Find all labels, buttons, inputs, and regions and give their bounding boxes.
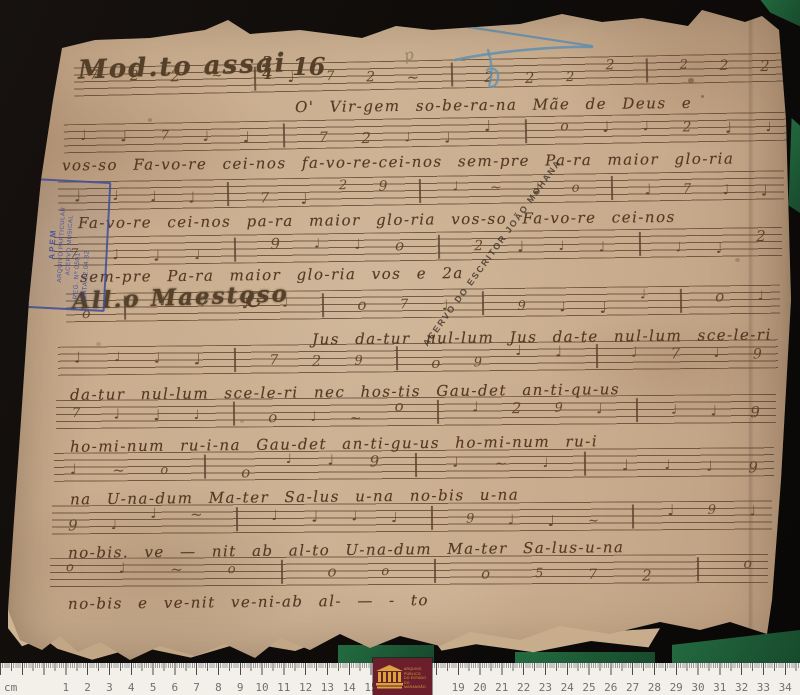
ruler-number: 33 [757, 681, 770, 694]
barline [437, 399, 439, 423]
cloth-bottom-center [515, 652, 655, 663]
barline [415, 452, 417, 476]
building-icon [376, 665, 403, 690]
ruler-number: 11 [277, 681, 290, 694]
barline [450, 62, 453, 86]
staff-line: ♩♩7♩♩72♩♩♩o♩♩2♩♩ [64, 112, 788, 154]
barline [204, 454, 206, 478]
ruler-number: 34 [779, 681, 792, 694]
ruler-number: 10 [255, 681, 268, 694]
barline [234, 347, 236, 371]
archive-registration-stamp: APEM ARQUIVO PARTICULAR ACERVO MUSICAL R… [27, 178, 112, 312]
logo-text-line: DO MARANHÃO [404, 681, 432, 690]
barline [584, 451, 586, 475]
barline [236, 507, 238, 531]
stain-spot [240, 420, 244, 423]
barline [419, 179, 421, 203]
ruler-number: 25 [582, 681, 595, 694]
ruler-number: 9 [237, 681, 244, 694]
barline [283, 123, 285, 147]
ruler-number: 28 [648, 681, 661, 694]
ruler-number: 30 [691, 681, 704, 694]
ruler-number: 1 [62, 681, 69, 694]
ruler-number: 23 [539, 681, 552, 694]
ruler-number: 14 [343, 681, 356, 694]
lyric-line: vos-so Fa-vo-re cei-nos fa-vo-re-cei-nos… [62, 149, 735, 174]
time-signature-mid: C [246, 288, 262, 312]
barline [233, 401, 235, 425]
stain-spot [688, 78, 694, 83]
barline [636, 398, 638, 422]
ruler-number: 26 [604, 681, 617, 694]
ruler-number: 21 [495, 681, 508, 694]
page-number: 3 [85, 17, 97, 36]
ruler-number: 5 [150, 681, 157, 694]
multimeasure-rest-count: 16 [292, 52, 325, 81]
ruler-number: 12 [299, 681, 312, 694]
ruler-number: 29 [670, 681, 683, 694]
barline [431, 505, 433, 529]
time-signature-top: 2 4 [262, 56, 272, 80]
staff-line: ♩♩♩♩7♩29♩~♩o♩7♩♩ [58, 170, 784, 210]
barline [696, 557, 698, 581]
barline [438, 234, 440, 258]
stain-spot [735, 258, 740, 262]
time-sig-lower: 4 [262, 68, 272, 80]
barline [434, 558, 436, 582]
barline [646, 58, 649, 82]
lyric-line: Fa-vo-re cei-nos pa-ra maior glo-ria vos… [78, 208, 676, 232]
ruler-number: 8 [215, 681, 222, 694]
barline [632, 504, 634, 528]
stain-spot [96, 342, 101, 346]
barline [226, 182, 228, 206]
cloth-bottom-right [672, 630, 800, 663]
barline [234, 237, 236, 261]
lyric-line: sem-pre Pa-ra maior glo-ria vos e 2a [80, 264, 464, 286]
staff-line: 7♩♩♩9♩♩o2♩♩♩♩♩2 [54, 227, 782, 266]
lyric-line: O' Vir-gem so-be-ra-na Mãe de Deus e [295, 94, 692, 116]
apem-logo: ARQUIVO PÚBLICO DO ESTADO DO MARANHÃO [373, 658, 432, 695]
ruler-number: 20 [473, 681, 486, 694]
barline [525, 119, 527, 143]
ruler-number: 2 [84, 681, 91, 694]
ruler-number: 24 [561, 681, 574, 694]
ruler-number: 27 [626, 681, 639, 694]
ruler-number: 31 [713, 681, 726, 694]
ruler-number: 32 [735, 681, 748, 694]
barline [639, 231, 641, 255]
ruler-number: 13 [321, 681, 334, 694]
barline [680, 288, 682, 312]
ruler-number: 4 [128, 681, 135, 694]
ruler-number: 6 [171, 681, 178, 694]
stain-spot [701, 95, 704, 98]
barline [396, 346, 398, 370]
barline [482, 291, 484, 315]
barline [322, 293, 324, 317]
stain-spot [148, 118, 152, 122]
ruler-number: 22 [517, 681, 530, 694]
barline [595, 344, 597, 368]
manuscript-page: 3 722~♩72~2222222 ♩♩7♩♩72♩♩♩o♩♩2♩♩ ♩♩♩♩7… [0, 0, 794, 666]
ruler-number: 7 [193, 681, 200, 694]
ruler-unit-label: cm [4, 681, 17, 694]
archival-photo-scene: 3 722~♩72~2222222 ♩♩7♩♩72♩♩♩o♩♩2♩♩ ♩♩♩♩7… [0, 0, 800, 695]
barline [611, 175, 613, 199]
ruler-number: 3 [106, 681, 113, 694]
ruler-number: 19 [452, 681, 465, 694]
barline [280, 559, 282, 583]
lyric-line: no-bis e ve-nit ve-ni-ab al- — - to [68, 591, 429, 613]
